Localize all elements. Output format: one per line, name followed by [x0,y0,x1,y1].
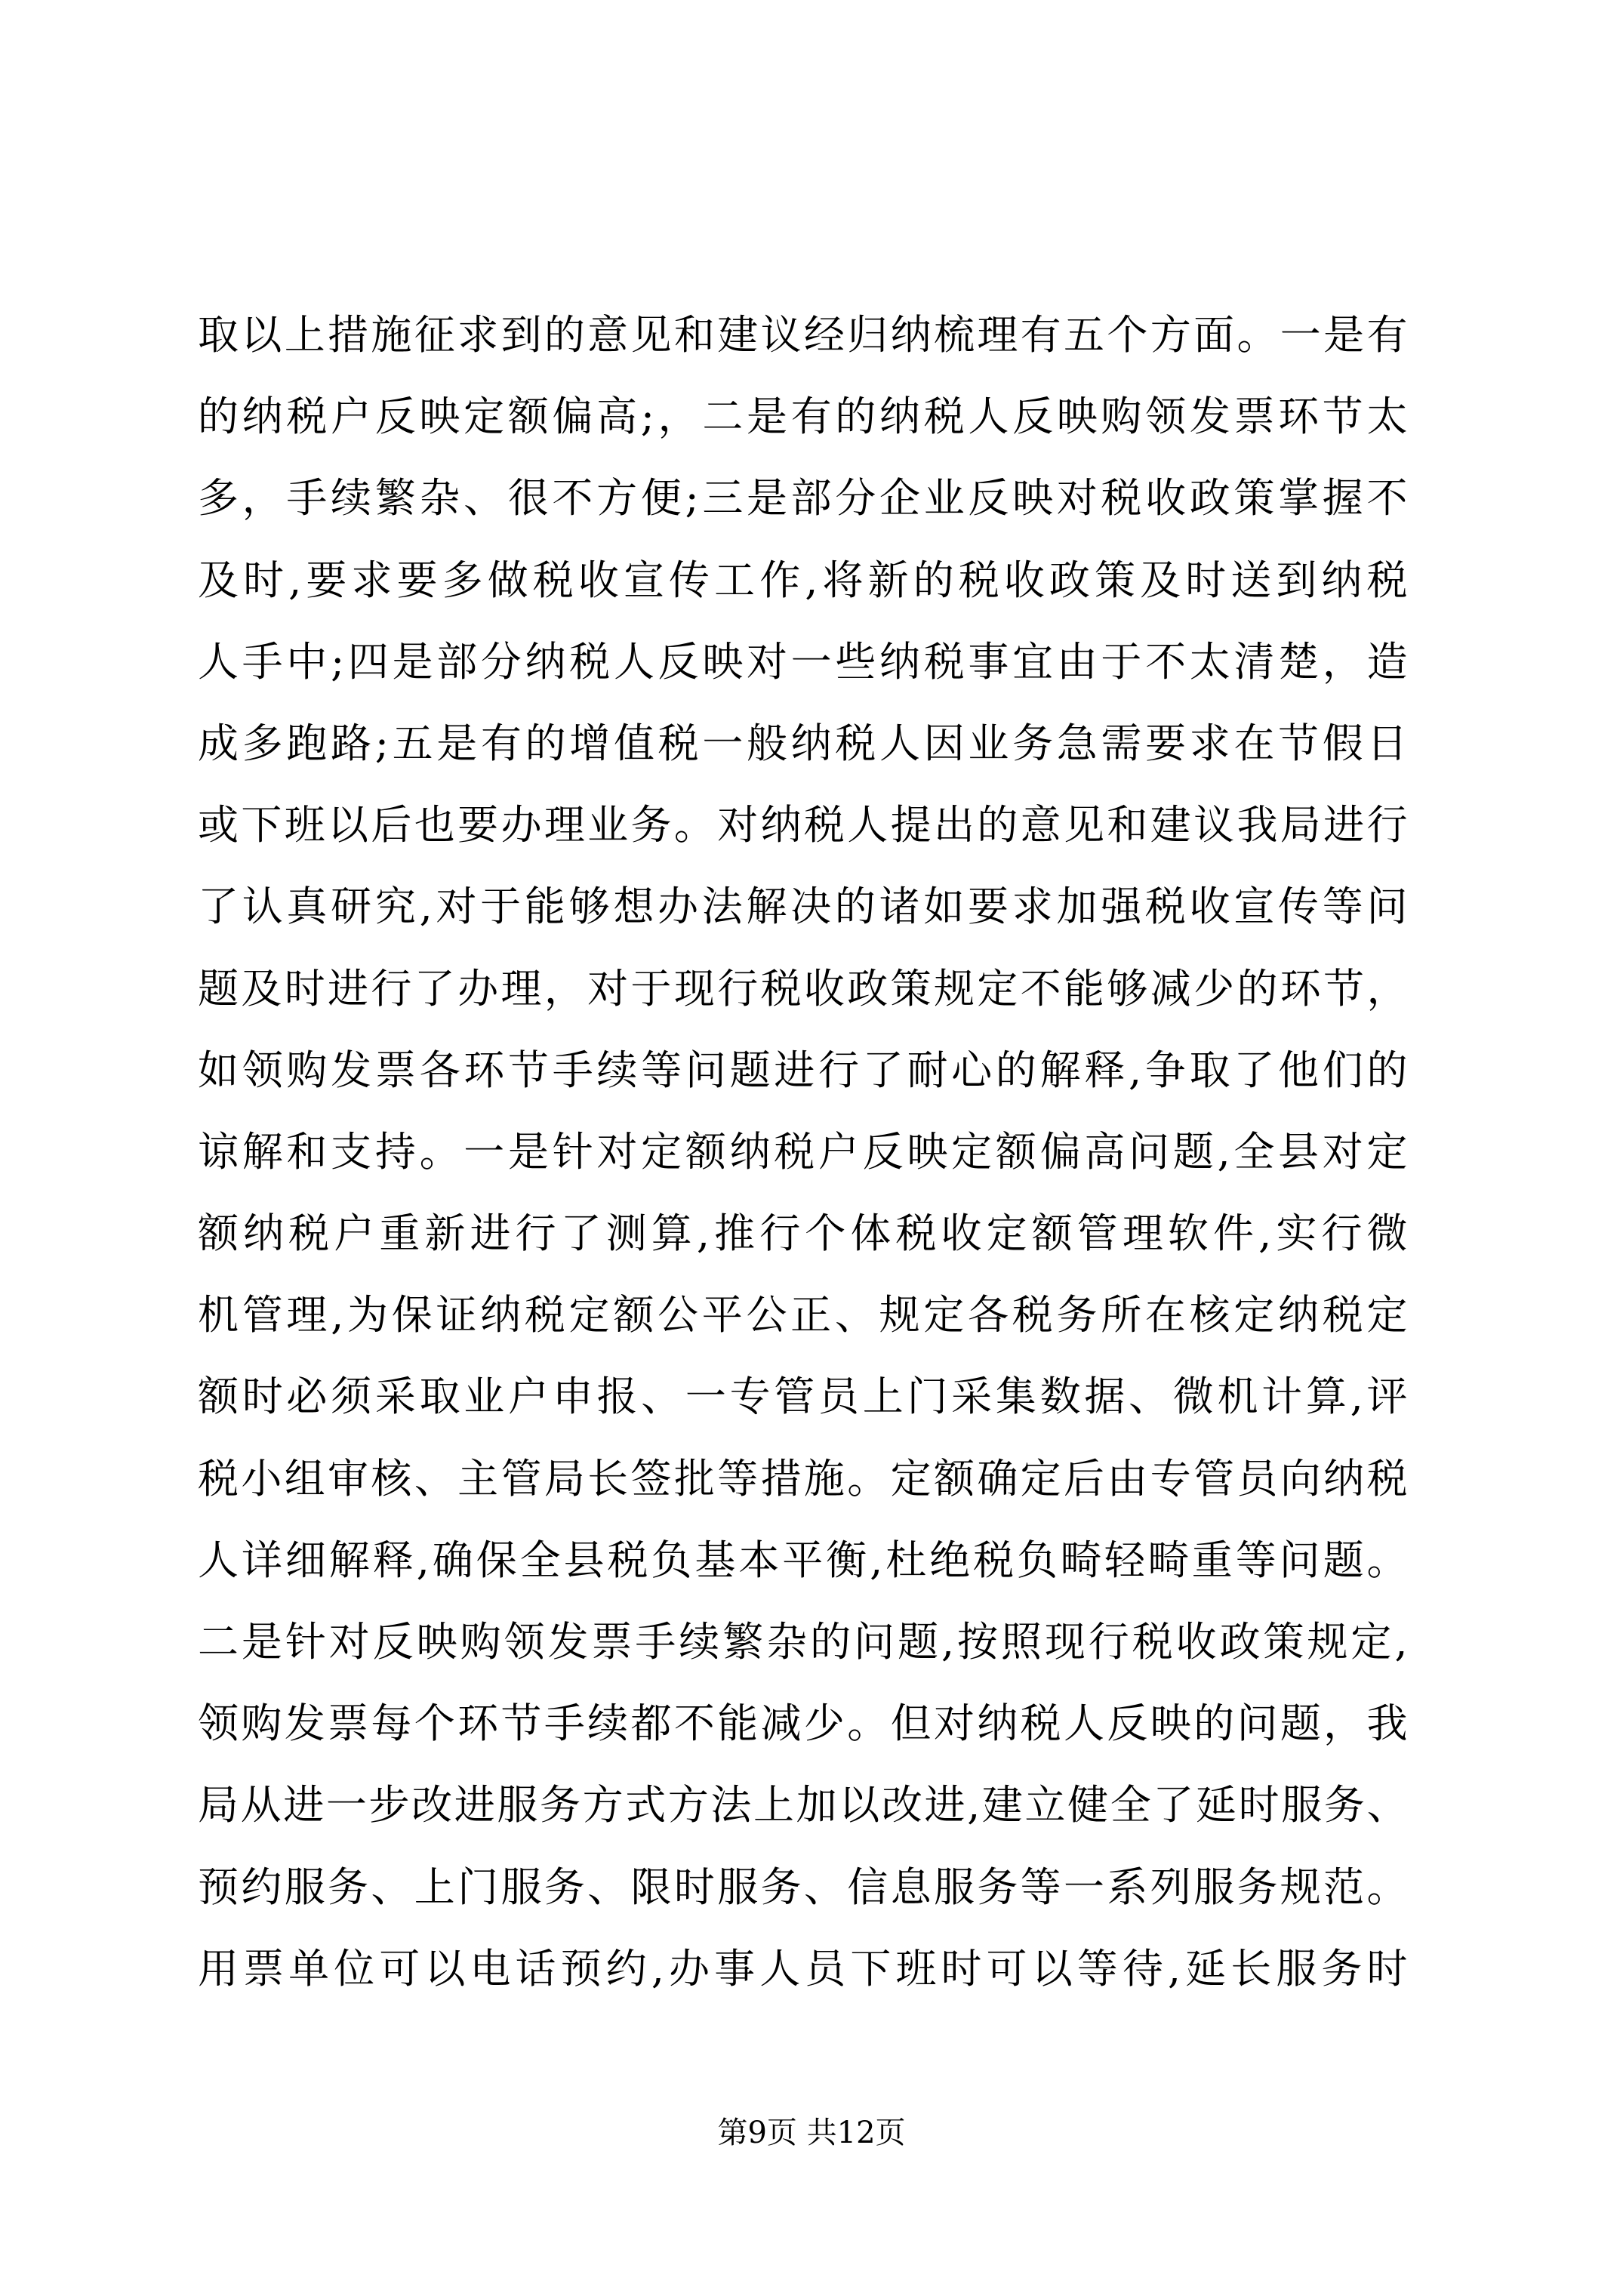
text-line: 人手中;四是部分纳税人反映对一些纳税事宜由于不太清楚，造 [198,621,1408,703]
text-line: 多，手续繁杂、很不方便;三是部分企业反映对税收政策掌握不 [198,458,1408,539]
text-line: 用票单位可以电话预约,办事人员下班时可以等待,延长服务时 [198,1928,1408,2010]
paragraph-block: 取以上措施征求到的意见和建议经归纳梳理有五个方面。一是有 的纳税户反映定额偏高;… [198,294,1408,2010]
text-line: 了认真研究,对于能够想办法解决的诸如要求加强税收宣传等问 [198,866,1408,948]
text-line: 领购发票每个环节手续都不能减少。但对纳税人反映的问题，我 [198,1683,1408,1764]
text-line: 额纳税户重新进行了测算,推行个体税收定额管理软件,实行微 [198,1193,1408,1274]
text-line: 谅解和支持。一是针对定额纳税户反映定额偏高问题,全县对定 [198,1111,1408,1193]
document-page: 取以上措施征求到的意见和建议经归纳梳理有五个方面。一是有 的纳税户反映定额偏高;… [0,0,1623,2296]
text-line: 机管理,为保证纳税定额公平公正、规定各税务所在核定纳税定 [198,1274,1408,1356]
text-line: 局从进一步改进服务方式方法上加以改进,建立健全了延时服务、 [198,1764,1408,1846]
text-line: 额时必须采取业户申报、一专管员上门采集数据、微机计算,评 [198,1356,1408,1438]
text-line: 人详细解释,确保全县税负基本平衡,杜绝税负畸轻畸重等问题。 [198,1520,1408,1601]
text-line: 的纳税户反映定额偏高;，二是有的纳税人反映购领发票环节太 [198,376,1408,458]
text-line: 取以上措施征求到的意见和建议经归纳梳理有五个方面。一是有 [198,294,1408,376]
text-line: 税小组审核、主管局长签批等措施。定额确定后由专管员向纳税 [198,1438,1408,1520]
text-line: 如领购发票各环节手续等问题进行了耐心的解释,争取了他们的 [198,1030,1408,1111]
text-line: 预约服务、上门服务、限时服务、信息服务等一系列服务规范。 [198,1847,1408,1928]
page-number-indicator: 第9页 共12页 [717,2116,905,2150]
text-line: 及时,要求要多做税收宣传工作,将新的税收政策及时送到纳税 [198,540,1408,621]
page-footer: 第9页 共12页 [0,2114,1623,2152]
text-line: 成多跑路;五是有的增值税一般纳税人因业务急需要求在节假日 [198,703,1408,784]
text-line: 二是针对反映购领发票手续繁杂的问题,按照现行税收政策规定, [198,1601,1408,1683]
text-line: 题及时进行了办理，对于现行税收政策规定不能够减少的环节， [198,948,1408,1030]
text-line: 或下班以后也要办理业务。对纳税人提出的意见和建议我局进行 [198,784,1408,866]
